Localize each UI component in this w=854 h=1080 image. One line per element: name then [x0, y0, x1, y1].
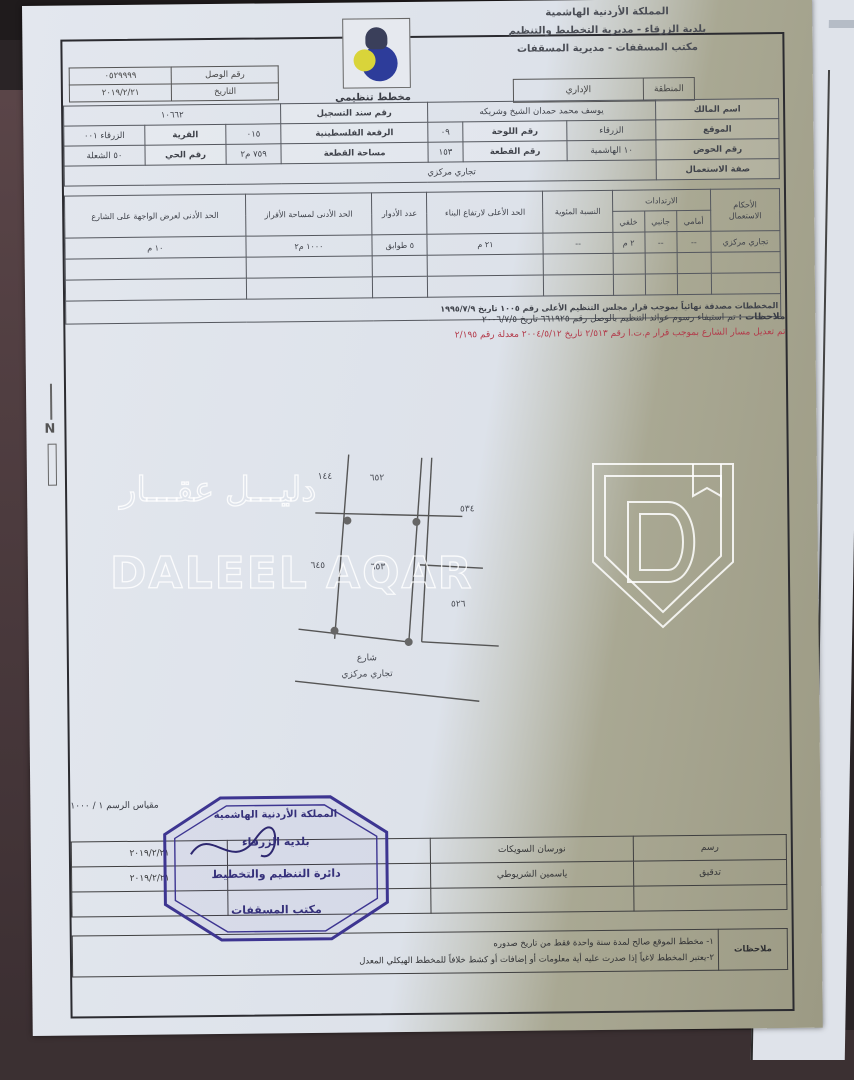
- receipt-value: ٠٥٢٩٩٩٩: [69, 67, 172, 85]
- stamp-line-3: دائرة التنظيم والتخطيط: [161, 866, 391, 881]
- stamp-line-2: بلدية الزرقاء: [161, 834, 391, 849]
- cell-max-height: ٢١ م: [427, 233, 543, 255]
- neighborhood-label: رقم الحي: [145, 144, 226, 165]
- usage-label: صفة الاستعمال: [656, 159, 779, 180]
- basin-value: ١٠ الهاشمية: [567, 140, 656, 161]
- col-rear: خلفي: [612, 211, 644, 232]
- zoning-regulations-table: الأحكامالاستعمال الارتدادات النسبة المئو…: [64, 188, 781, 324]
- notes-label: ملاحظات :: [738, 312, 785, 322]
- cell-usage: تجاري مركزي: [711, 231, 780, 253]
- daleel-aqar-logo-icon: [583, 452, 743, 632]
- sketch-label: رقم سند التسجيل: [281, 102, 428, 124]
- col-max-height: الحد الأعلى لارتفاع البناء: [427, 191, 544, 234]
- plot-value: ١٥٣: [428, 142, 463, 162]
- official-stamp: المملكة الأردنية الهاشمية بلدية الزرقاء …: [160, 792, 392, 944]
- location-value: الزرقاء: [567, 120, 656, 141]
- owner-label: اسم المالك: [656, 99, 779, 120]
- parcel-label: الرقعة الفلسطينية: [281, 122, 428, 144]
- cell-min-area: ١٠٠٠ م٢: [245, 235, 372, 257]
- background-bottom: [0, 1030, 854, 1080]
- signature-role: تدقيق: [633, 860, 786, 887]
- col-ratio: النسبة المئوية: [543, 190, 613, 233]
- cell-front: --: [677, 231, 711, 252]
- cell-side: --: [644, 232, 677, 253]
- stamp-line-4: مكتب المسقفات: [161, 902, 391, 917]
- scale-label: مقياس الرسم: [106, 801, 159, 812]
- reference-table: رقم الوصل ٠٥٢٩٩٩٩ التاريخ ٢٠١٩/٢/٢١: [69, 65, 279, 102]
- col-floors: عدد الأدوار: [372, 192, 428, 235]
- parcel-value: ٠١٥: [226, 124, 281, 145]
- header-line-3: مكتب المسقفات - مديرية المسقفات: [472, 38, 742, 59]
- note-line-1: تم استيفاء رسوم عوائد التنظيم بالوصل رقم…: [482, 313, 736, 326]
- footer-notes-label: ملاحظات: [718, 929, 787, 971]
- location-label: الموقع: [656, 119, 779, 140]
- neighborhood-value: ٥٠ الشعلة: [64, 145, 145, 166]
- col-usage-zoning: الأحكامالاستعمال: [710, 189, 780, 232]
- region-value: الإداري: [514, 79, 643, 102]
- watermark-arabic: دليـــل عقـــار: [120, 470, 316, 510]
- basin-label: رقم الحوض: [656, 139, 779, 160]
- date-label: التاريخ: [172, 83, 279, 101]
- cell-rear: ٢ م: [613, 232, 645, 253]
- plot-label: رقم القطعة: [463, 141, 567, 162]
- date-value: ٢٠١٩/٢/٢١: [69, 84, 172, 102]
- scale-value: ١ / ١٠٠٠: [70, 801, 103, 811]
- plate-label: رقم اللوحة: [463, 121, 567, 142]
- watermark-latin: DALEEL AQAR: [110, 548, 473, 599]
- signature-name: نورسان السويكات: [430, 836, 633, 863]
- document-header: المملكة الأردنية الهاشمية بلدية الزرقاء …: [472, 2, 743, 59]
- col-setbacks: الارتدادات: [612, 189, 710, 211]
- area-label: مساحة القطعة: [281, 142, 428, 164]
- signature-role: رسم: [633, 835, 786, 862]
- col-front: أمامي: [677, 210, 711, 231]
- area-value: ٧٥٩ م٢: [226, 144, 281, 165]
- property-info-table: اسم المالك يوسف محمد حمدان الشيخ وشريكه …: [63, 98, 780, 186]
- north-arrow-icon: N: [44, 384, 59, 494]
- cell-floors: ٥ طوابق: [372, 234, 427, 256]
- header-line-2: بلدية الزرقاء - مديرية التخطيط والتنظيم: [472, 20, 742, 41]
- district-value: الزرقاء ٠٠١: [64, 125, 145, 146]
- receipt-label: رقم الوصل: [172, 66, 279, 84]
- region-label: المنطقة: [643, 78, 694, 101]
- signature-name: ياسمين الشريوطي: [430, 861, 633, 888]
- owner-value: يوسف محمد حمدان الشيخ وشريكه: [427, 100, 655, 122]
- cell-ratio: --: [543, 232, 613, 254]
- jordan-municipality-logo: [342, 18, 411, 89]
- col-min-area: الحد الأدنى لمساحة الأفراز: [245, 193, 372, 236]
- district-label: القرية: [145, 124, 226, 145]
- col-side: جانبي: [644, 211, 677, 232]
- plate-value: ٠٩: [428, 122, 463, 142]
- col-min-frontage: الحد الأدنى لعرض الواجهة على الشارع: [64, 194, 245, 238]
- drawing-scale: مقياس الرسم ١ / ١٠٠٠: [70, 801, 158, 812]
- sketch-value: ١٠٦٦٢: [64, 104, 281, 126]
- cell-min-frontage: ١٠ م: [65, 236, 246, 259]
